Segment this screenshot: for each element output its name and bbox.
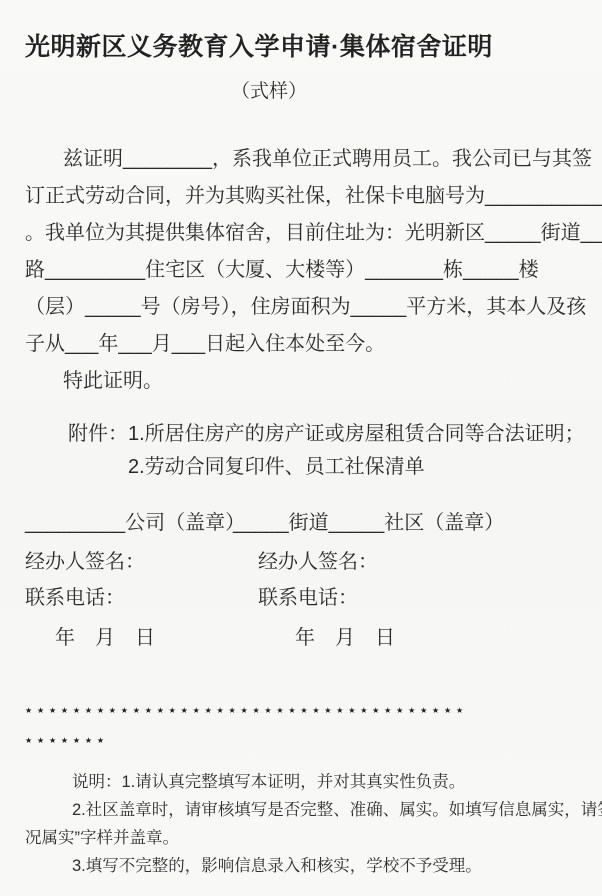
certificate-document: 光明新区义务教育入学申请·集体宿舍证明 （式样） 兹证明________，系我单…: [0, 0, 602, 896]
note-line-4: 3.填写不完整的，影响信息录入和核实，学校不予受理。: [25, 852, 575, 880]
contact-phone-label-community: 联系电话：: [258, 580, 358, 616]
note-line-1: 说明：1.请认真完整填写本证明，并对其真实性负责。: [25, 768, 575, 796]
attachment-item-1: 附件：1.所居住房产的房产证或房屋租赁合同等合法证明；: [25, 418, 575, 451]
date-line-company: 年 月 日: [25, 616, 258, 660]
company-stamp-line: _________公司（盖章）: [25, 502, 233, 544]
body-line-5: （层）_____号（房号），住房面积为_____平方米，其本人及孩: [25, 289, 575, 326]
handler-signature-label-company: 经办人签名：: [25, 544, 258, 580]
separator-stars: ★★★★★★★★★★★★★★★★★★★★★★★★★★★★★★★★★★★★★ ★★…: [25, 696, 575, 756]
stamp-row: _________公司（盖章） _____街道_____社区（盖章）: [25, 502, 575, 544]
document-title: 光明新区义务教育入学申请·集体宿舍证明: [25, 30, 575, 64]
contact-phone-label-company: 联系电话：: [25, 580, 258, 616]
body-line-6: 子从___年___月___日起入住本处至今。: [25, 326, 575, 363]
notes-section: 说明：1.请认真完整填写本证明，并对其真实性负责。 2.社区盖章时，请审核填写是…: [25, 768, 575, 880]
attachment-item-2: 2.劳动合同复印件、员工社保清单: [25, 451, 575, 484]
contact-phone-row: 联系电话： 联系电话：: [25, 580, 575, 616]
community-stamp-line: _____街道_____社区（盖章）: [233, 502, 504, 544]
body-line-2: 订正式劳动合同，并为其购买社保，社保卡电脑号为___________: [25, 178, 575, 215]
body-line-3: 。我单位为其提供集体宿舍，目前住址为：光明新区_____街道__: [25, 215, 575, 252]
handler-signature-row: 经办人签名： 经办人签名：: [25, 544, 575, 580]
body-line-4: 路_________住宅区（大厦、大楼等）_______栋_____楼: [25, 252, 575, 289]
document-subtitle: （式样）: [25, 78, 513, 105]
date-row: 年 月 日 年 月 日: [25, 616, 575, 660]
note-line-2: 2.社区盖章时，请审核填写是否完整、准确、属实。如填写信息属实，请签署“情: [25, 796, 575, 824]
body-line-1: 兹证明________，系我单位正式聘用员工。我公司已与其签: [25, 141, 575, 178]
star-separator-row-2: ★★★★★★★: [25, 726, 575, 756]
attachments-section: 附件：1.所居住房产的房产证或房屋租赁合同等合法证明； 2.劳动合同复印件、员工…: [25, 418, 575, 484]
certificate-body: 兹证明________，系我单位正式聘用员工。我公司已与其签 订正式劳动合同，并…: [25, 141, 575, 400]
closing-statement: 特此证明。: [25, 363, 575, 400]
signature-section: _________公司（盖章） _____街道_____社区（盖章） 经办人签名…: [25, 502, 575, 660]
star-separator-row-1: ★★★★★★★★★★★★★★★★★★★★★★★★★★★★★★★★★★★★★: [25, 696, 575, 726]
note-line-3: 况属实”字样并盖章。: [25, 824, 575, 852]
date-line-community: 年 月 日: [258, 616, 395, 660]
handler-signature-label-community: 经办人签名：: [258, 544, 378, 580]
